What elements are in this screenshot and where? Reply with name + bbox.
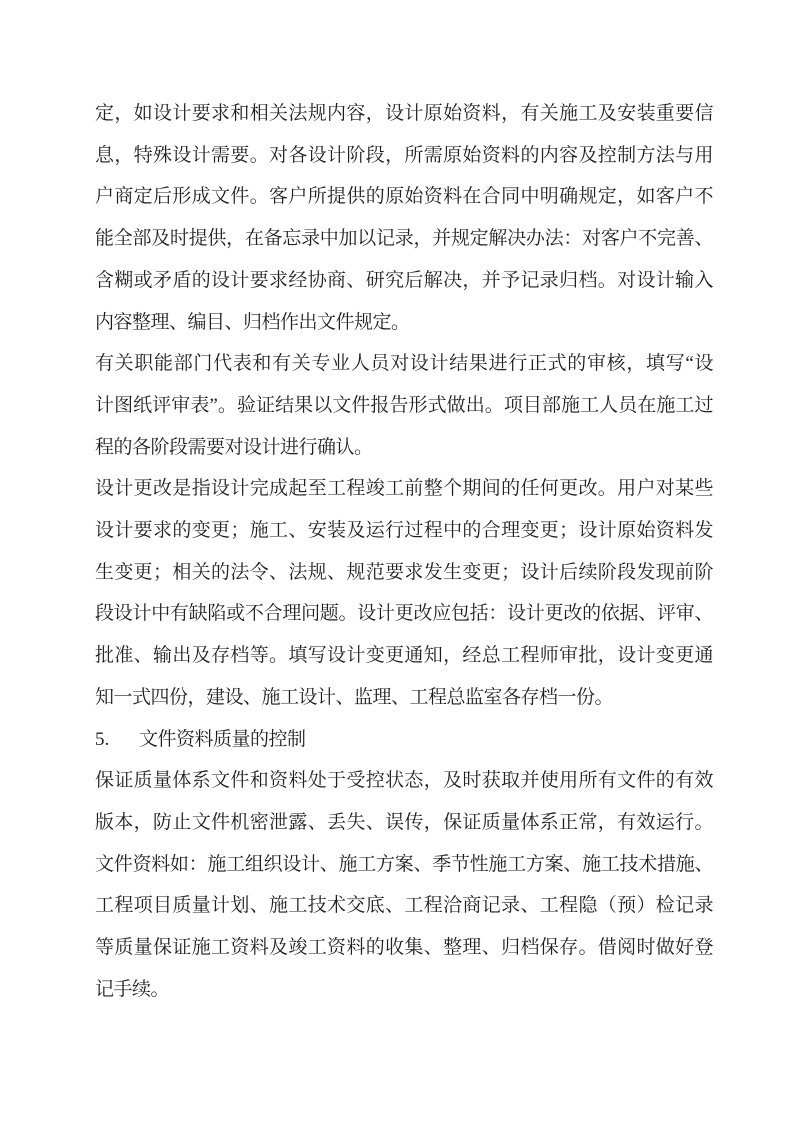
- paragraph-line: 生变更；相关的法令、法规、规范要求发生变更；设计后续阶段发现前阶: [95, 552, 713, 594]
- paragraph-line: 段设计中有缺陷或不合理问题。设计更改应包括：设计更改的依据、评审、: [95, 593, 713, 635]
- paragraph-line: 有关职能部门代表和有关专业人员对设计结果进行正式的审核，填写“设: [95, 343, 713, 385]
- paragraph-line: 程的各阶段需要对设计进行确认。: [95, 427, 713, 469]
- paragraph-line: 设计要求的变更；施工、安装及运行过程中的合理变更；设计原始资料发: [95, 510, 713, 552]
- paragraph-line: 息，特殊设计需要。对各设计阶段，所需原始资料的内容及控制方法与用: [95, 135, 713, 177]
- text-paragraph: 有关职能部门代表和有关专业人员对设计结果进行正式的审核，填写“设 计图纸评审表”…: [95, 343, 713, 468]
- paragraph-line: 含糊或矛盾的设计要求经协商、研究后解决，并予记录归档。对设计输入: [95, 260, 713, 302]
- text-paragraph: 定，如设计要求和相关法规内容，设计原始资料，有关施工及安装重要信 息，特殊设计需…: [95, 93, 713, 343]
- paragraph-line: 知一式四份，建设、施工设计、监理、工程总监室各存档一份。: [95, 677, 713, 719]
- paragraph-line: 版本，防止文件机密泄露、丢失、误传，保证质量体系正常，有效运行。: [95, 802, 713, 844]
- paragraph-line: 设计更改是指设计完成起至工程竣工前整个期间的任何更改。用户对某些: [95, 468, 713, 510]
- document-page: 定，如设计要求和相关法规内容，设计原始资料，有关施工及安装重要信 息，特殊设计需…: [0, 0, 793, 1122]
- heading-number: 5.: [95, 719, 139, 761]
- paragraph-line: 保证质量体系文件和资料处于受控状态，及时获取并使用所有文件的有效: [95, 760, 713, 802]
- paragraph-line: 内容整理、编目、归档作出文件规定。: [95, 302, 713, 344]
- heading-title: 文件资料质量的控制: [139, 729, 306, 750]
- paragraph-line: 能全部及时提供，在备忘录中加以记录，并规定解决办法：对客户不完善、: [95, 218, 713, 260]
- paragraph-line: 记手续。: [95, 969, 713, 1011]
- paragraph-line: 批准、输出及存档等。填写设计变更通知，经总工程师审批，设计变更通: [95, 635, 713, 677]
- paragraph-line: 等质量保证施工资料及竣工资料的收集、整理、归档保存。借阅时做好登: [95, 927, 713, 969]
- text-paragraph: 保证质量体系文件和资料处于受控状态，及时获取并使用所有文件的有效 版本，防止文件…: [95, 760, 713, 1010]
- paragraph-line: 户商定后形成文件。客户所提供的原始资料在合同中明确规定，如客户不: [95, 176, 713, 218]
- page-body: 定，如设计要求和相关法规内容，设计原始资料，有关施工及安装重要信 息，特殊设计需…: [95, 93, 713, 1010]
- paragraph-line: 工程项目质量计划、施工技术交底、工程洽商记录、工程隐（预）检记录: [95, 885, 713, 927]
- paragraph-line: 计图纸评审表”。验证结果以文件报告形式做出。项目部施工人员在施工过: [95, 385, 713, 427]
- paragraph-line: 定，如设计要求和相关法规内容，设计原始资料，有关施工及安装重要信: [95, 93, 713, 135]
- paragraph-line: 文件资料如：施工组织设计、施工方案、季节性施工方案、施工技术措施、: [95, 844, 713, 886]
- text-paragraph: 设计更改是指设计完成起至工程竣工前整个期间的任何更改。用户对某些 设计要求的变更…: [95, 468, 713, 718]
- section-heading: 5.文件资料质量的控制: [95, 719, 713, 761]
